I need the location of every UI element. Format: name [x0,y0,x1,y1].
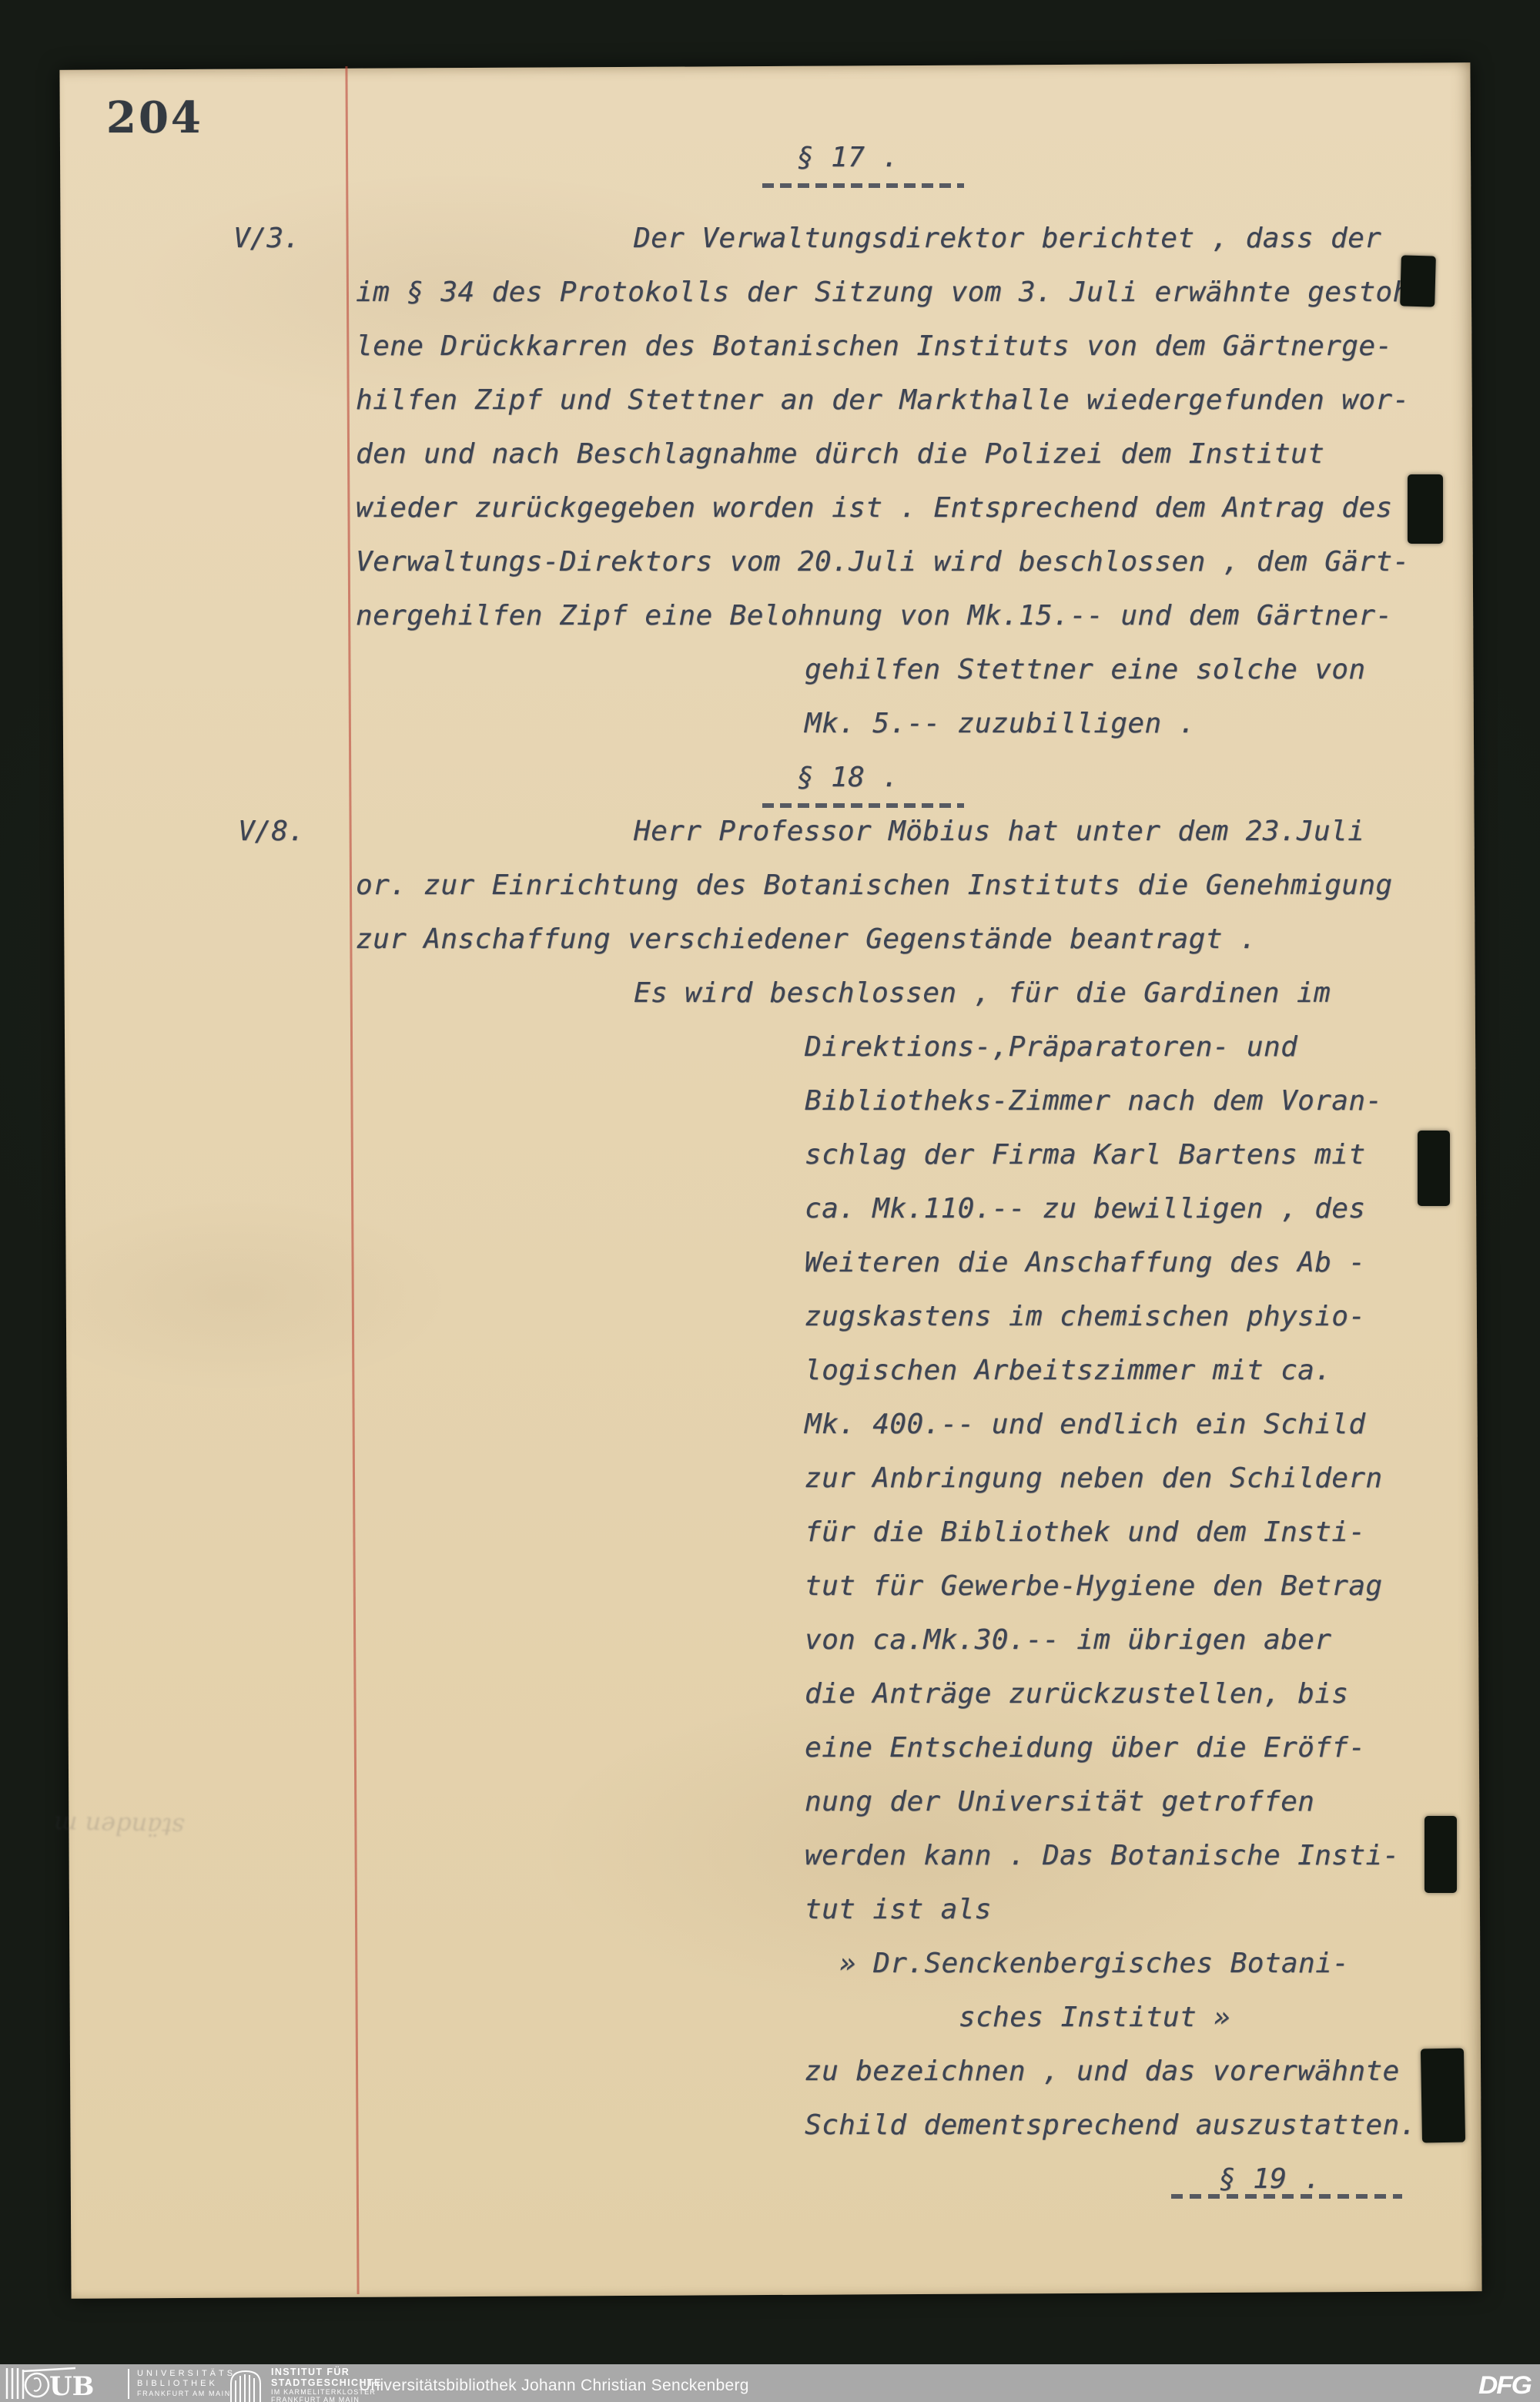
margin-note-v3: V/3. [233,223,300,255]
typed-line: or. zur Einrichtung des Botanischen Inst… [356,869,1393,902]
binding-tab [1408,474,1443,544]
typed-line: Verwaltungs-Direktors vom 20.Juli wird b… [356,546,1410,578]
binding-tab [1418,1131,1450,1206]
typed-line: gehilfen Stettner eine solche von [805,654,1365,686]
typed-line: die Anträge zurückzustellen, bis [805,1678,1348,1710]
typed-line: sches Institut » [959,2002,1230,2034]
typed-line: nung der Universität getroffen [805,1786,1314,1818]
typed-line: logischen Arbeitszimmer mit ca. [805,1355,1331,1387]
svg-text:UB: UB [49,2371,94,2400]
section-heading: § 19 . [1219,2163,1321,2196]
typed-line: Bibliotheks-Zimmer nach dem Voran- [805,1085,1383,1117]
typed-line: zugskastens im chemischen physio- [805,1301,1365,1333]
dfg-logo: DFG [1478,2372,1531,2400]
section-heading: § 17 . [797,142,899,174]
typed-line: schlag der Firma Karl Bartens mit [805,1139,1365,1171]
typed-line: Weiteren die Anschaffung des Ab - [805,1247,1365,1279]
typed-line: Mk. 5.-- zuzubilligen . [805,708,1196,740]
footer-bar: UB UNIVERSITÄTS BIBLIOTHEK FRANKFURT AM … [0,2364,1540,2402]
typed-line: eine Entscheidung über die Eröff- [805,1732,1365,1764]
ub-logo: UB UNIVERSITÄTS BIBLIOTHEK FRANKFURT AM … [5,2367,236,2400]
typed-line: von ca.Mk.30.-- im übrigen aber [805,1624,1331,1657]
typed-line: tut für Gewerbe-Hygiene den Betrag [805,1570,1383,1603]
typed-line: wieder zurückgegeben worden ist . Entspr… [356,492,1393,524]
typed-line: zur Anschaffung verschiedener Gegenständ… [356,923,1257,956]
typed-line: ca. Mk.110.-- zu bewilligen , des [805,1193,1365,1225]
typed-line: nergehilfen Zipf eine Belohnung von Mk.1… [356,600,1393,632]
typed-line: werden kann . Das Botanische Insti- [805,1840,1400,1872]
typed-line: zur Anbringung neben den Schildern [805,1462,1383,1495]
binding-tab [1424,1816,1457,1893]
binding-tab [1421,2049,1465,2143]
scan-viewer: 204 V/3. V/8. § 17 .Der Verwaltungsdirek… [0,0,1540,2402]
gothic-arch-icon [228,2368,263,2402]
typed-line: hilfen Zipf und Stettner an der Markthal… [356,384,1410,417]
typed-line: Der Verwaltungsdirektor berichtet , dass… [634,223,1381,255]
section-heading: § 18 . [797,762,899,794]
ink-bleed-through: ständen m [54,1811,185,1842]
page-number: 204 [106,92,203,143]
typed-line: zu bezeichnen , und das vorerwähnte [805,2055,1400,2088]
typed-line: Direktions-,Präparatoren- und [805,1031,1297,1064]
ub-library-icon: UB [5,2367,120,2400]
typed-line: Herr Professor Möbius hat unter dem 23.J… [634,816,1364,848]
typed-line: Es wird beschlossen , für die Gardinen i… [634,977,1331,1010]
typed-line: lene Drückkarren des Botanischen Institu… [356,330,1393,363]
ub-logo-text: UNIVERSITÄTS BIBLIOTHEK FRANKFURT AM MAI… [128,2369,236,2399]
typed-line: Mk. 400.-- und endlich ein Schild [805,1409,1365,1441]
typed-line: für die Bibliothek und dem Insti- [805,1516,1365,1549]
binding-tab [1400,255,1436,307]
library-credit-text: Universitätsbibliothek Johann Christian … [359,2377,749,2395]
typed-line: Schild dementsprechend auszustatten. [805,2109,1417,2142]
typed-line: » Dr.Senckenbergisches Botani- [839,1948,1349,1980]
margin-note-v8: V/8. [238,816,305,848]
typed-line: tut ist als [805,1894,992,1926]
typed-line: im § 34 des Protokolls der Sitzung vom 3… [356,276,1427,309]
typed-line: den und nach Beschlagnahme dürch die Pol… [356,438,1324,471]
